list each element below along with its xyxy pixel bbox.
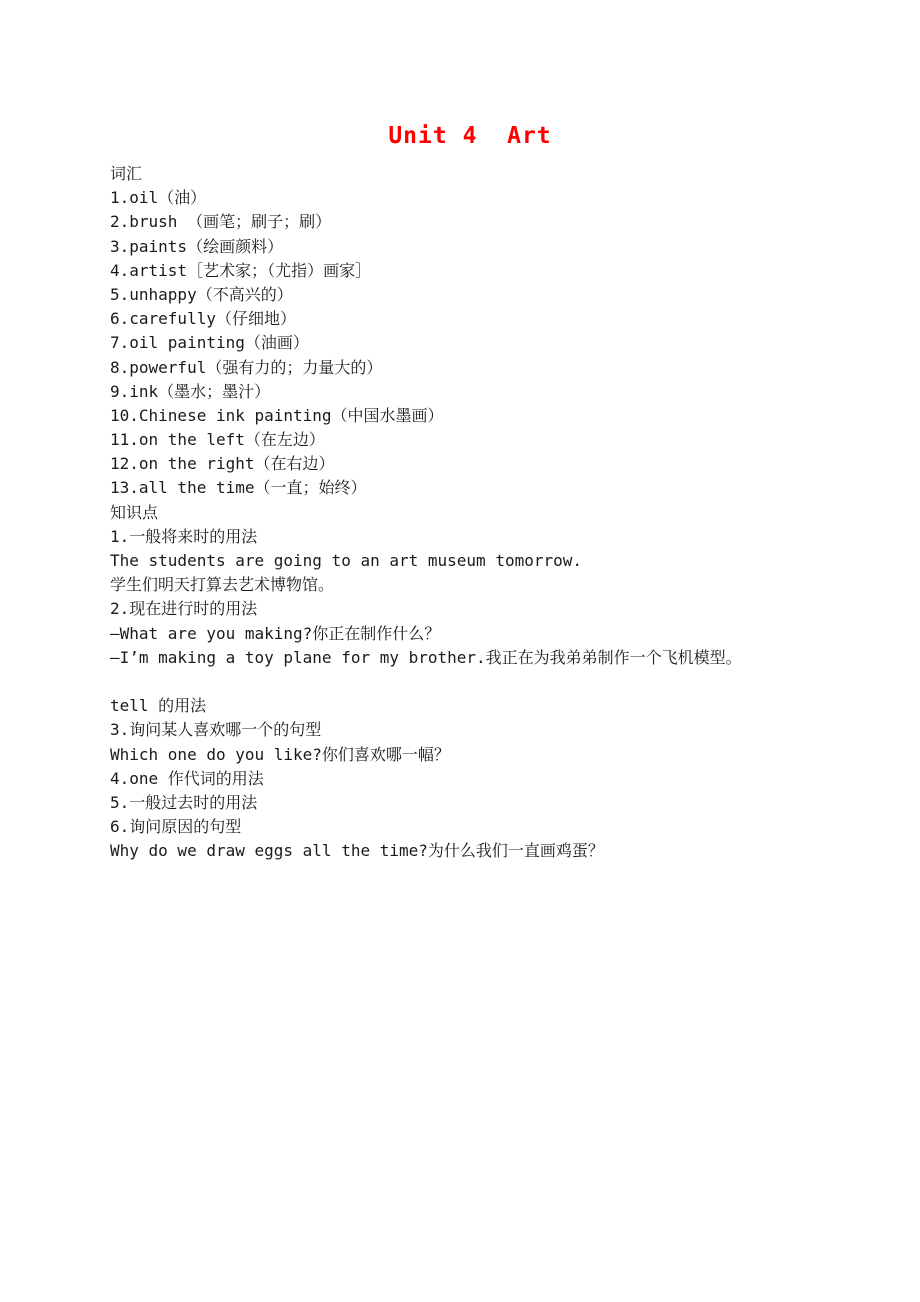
knowledge-line-10: Which one do you like?你们喜欢哪一幅？ (110, 743, 880, 767)
knowledge-line-13: 6.询问原因的句型 (110, 815, 880, 839)
knowledge-section: 知识点 1.一般将来时的用法 The students are going to… (110, 501, 880, 864)
knowledge-line-8: tell 的用法 (110, 694, 880, 718)
vocabulary-item-11: 11.on the left（在左边） (110, 428, 880, 452)
knowledge-line-3: 学生们明天打算去艺术博物馆。 (110, 573, 880, 597)
knowledge-line-14: Why do we draw eggs all the time?为什么我们一直… (110, 839, 880, 863)
vocabulary-heading: 词汇 (110, 162, 880, 186)
vocabulary-item-3: 3.paints（绘画颜料） (110, 235, 880, 259)
vocabulary-item-10: 10.Chinese ink painting（中国水墨画） (110, 404, 880, 428)
vocabulary-item-2: 2.brush （画笔；刷子；刷） (110, 210, 880, 234)
knowledge-line-11: 4.one 作代词的用法 (110, 767, 880, 791)
vocabulary-item-5: 5.unhappy（不高兴的） (110, 283, 880, 307)
knowledge-line-5: —What are you making?你正在制作什么？ (110, 622, 880, 646)
vocabulary-item-12: 12.on the right（在右边） (110, 452, 880, 476)
vocabulary-item-7: 7.oil painting（油画） (110, 331, 880, 355)
vocabulary-item-13: 13.all the time（一直；始终） (110, 476, 880, 500)
vocabulary-item-9: 9.ink（墨水；墨汁） (110, 380, 880, 404)
document-page: Unit 4 Art 词汇 1.oil（油） 2.brush （画笔；刷子；刷）… (0, 0, 920, 1302)
blank-line (110, 670, 880, 694)
knowledge-line-9: 3.询问某人喜欢哪一个的句型 (110, 718, 880, 742)
knowledge-line-6: —I’m making a toy plane for my brother.我… (110, 646, 880, 670)
vocabulary-item-8: 8.powerful（强有力的；力量大的） (110, 356, 880, 380)
knowledge-line-12: 5.一般过去时的用法 (110, 791, 880, 815)
vocabulary-item-4: 4.artist［艺术家；（尤指）画家］ (110, 259, 880, 283)
vocabulary-section: 词汇 1.oil（油） 2.brush （画笔；刷子；刷） 3.paints（绘… (110, 162, 880, 501)
knowledge-line-2: The students are going to an art museum … (110, 549, 880, 573)
page-title: Unit 4 Art (110, 123, 830, 150)
vocabulary-item-6: 6.carefully（仔细地） (110, 307, 880, 331)
knowledge-heading: 知识点 (110, 501, 880, 525)
vocabulary-item-1: 1.oil（油） (110, 186, 880, 210)
knowledge-line-1: 1.一般将来时的用法 (110, 525, 880, 549)
knowledge-line-4: 2.现在进行时的用法 (110, 597, 880, 621)
